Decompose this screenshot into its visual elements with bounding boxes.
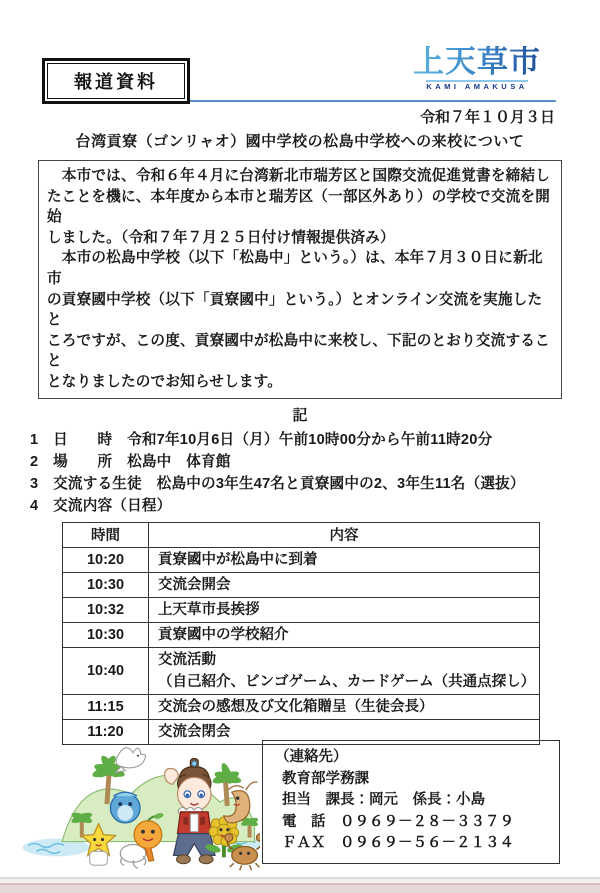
schedule-time: 10:20 (63, 547, 149, 572)
schedule-row: 10:30 貢寮國中の学校紹介 (63, 622, 540, 647)
ki-heading: 記 (0, 404, 600, 425)
schedule-time: 10:30 (63, 622, 149, 647)
document-date: 令和７年１０月３日 (0, 106, 555, 127)
schedule-table: 時間 内容 10:20 貢寮國中が松島中に到着 10:30 交流会開会 10:3… (62, 522, 540, 745)
schedule-col-content: 内容 (149, 522, 540, 547)
intro-box: 本市では、令和６年４月に台湾新北市瑞芳区と国際交流促進覚書を締結し たことを機に… (38, 160, 562, 399)
press-material-stamp: 報道資料 (42, 58, 190, 104)
notice-list: 1 日 時 令和7年10月6日（月）午前10時00分から午前11時20分 2 場… (30, 429, 600, 517)
schedule-content: 上天草市長挨拶 (149, 597, 540, 622)
mascot-octopus (120, 844, 146, 868)
schedule-content: 交流会の感想及び文化箱贈呈（生徒会長） (149, 694, 540, 719)
intro-text: 本市では、令和６年４月に台湾新北市瑞芳区と国際交流促進覚書を締結し たことを機に… (47, 166, 553, 393)
notice-item: 2 場 所 松島中 体育館 (30, 451, 600, 473)
contact-fax: ＦＡＸ ０９６９－５６－２１３４ (275, 833, 547, 855)
schedule-col-time: 時間 (63, 522, 149, 547)
mascot-illustration-svg (22, 733, 260, 881)
notice-item: 1 日 時 令和7年10月6日（月）午前10時00分から午前11時20分 (30, 429, 600, 451)
contact-staff: 担当 課長：岡元 係長：小島 (275, 790, 547, 812)
contact-department: 教育部学務課 (275, 769, 547, 791)
contact-label: （連絡先） (275, 747, 547, 769)
city-logo-subtitle: KAMI AMAKUSA (426, 80, 527, 91)
footer: （連絡先） 教育部学務課 担当 課長：岡元 係長：小島 電 話 ０９６９－２８－… (0, 733, 600, 881)
dove-icon (115, 748, 145, 773)
mascot-illustration (22, 733, 260, 881)
notice-item: 3 交流する生徒 松島中の3年生47名と貢寮國中の2、3年生11名（選抜） (30, 473, 600, 495)
schedule-time: 11:15 (63, 694, 149, 719)
schedule-row: 10:40 交流活動 （自己紹介、ビンゴゲーム、カードゲーム（共通点探し） (63, 647, 540, 694)
schedule-row: 10:32 上天草市長挨拶 (63, 597, 540, 622)
schedule-content: 貢寮國中の学校紹介 (149, 622, 540, 647)
schedule-content: 貢寮國中が松島中に到着 (149, 547, 540, 572)
schedule-row: 10:20 貢寮國中が松島中に到着 (63, 547, 540, 572)
schedule-time: 10:32 (63, 597, 149, 622)
header: 報道資料 上天草市 KAMI AMAKUSA (0, 0, 600, 100)
schedule-time: 10:40 (63, 647, 149, 694)
contact-box: （連絡先） 教育部学務課 担当 課長：岡元 係長：小島 電 話 ０９６９－２８－… (262, 740, 560, 864)
schedule-row: 10:30 交流会開会 (63, 572, 540, 597)
press-material-stamp-label: 報道資料 (74, 68, 158, 94)
schedule-time: 10:30 (63, 572, 149, 597)
mascot-pufferfish (110, 792, 140, 823)
bottom-band (0, 877, 600, 893)
schedule-row: 11:15 交流会の感想及び文化箱贈呈（生徒会長） (63, 694, 540, 719)
document-title: 台湾貢寮（ゴンリャオ）國中学校の松島中学校への来校について (0, 130, 600, 151)
contact-phone: 電 話 ０９６９－２８－３３７９ (275, 812, 547, 834)
press-release-page: 報道資料 上天草市 KAMI AMAKUSA 令和７年１０月３日 台湾貢寮（ゴン… (0, 0, 600, 893)
notice-item: 4 交流内容（日程） (30, 495, 600, 517)
schedule-content: 交流会開会 (149, 572, 540, 597)
schedule-content: 交流活動 （自己紹介、ビンゴゲーム、カードゲーム（共通点探し） (149, 647, 540, 694)
city-logo-title: 上天草市 (388, 46, 566, 77)
schedule-header-row: 時間 内容 (63, 522, 540, 547)
city-logo: 上天草市 KAMI AMAKUSA (388, 46, 566, 93)
